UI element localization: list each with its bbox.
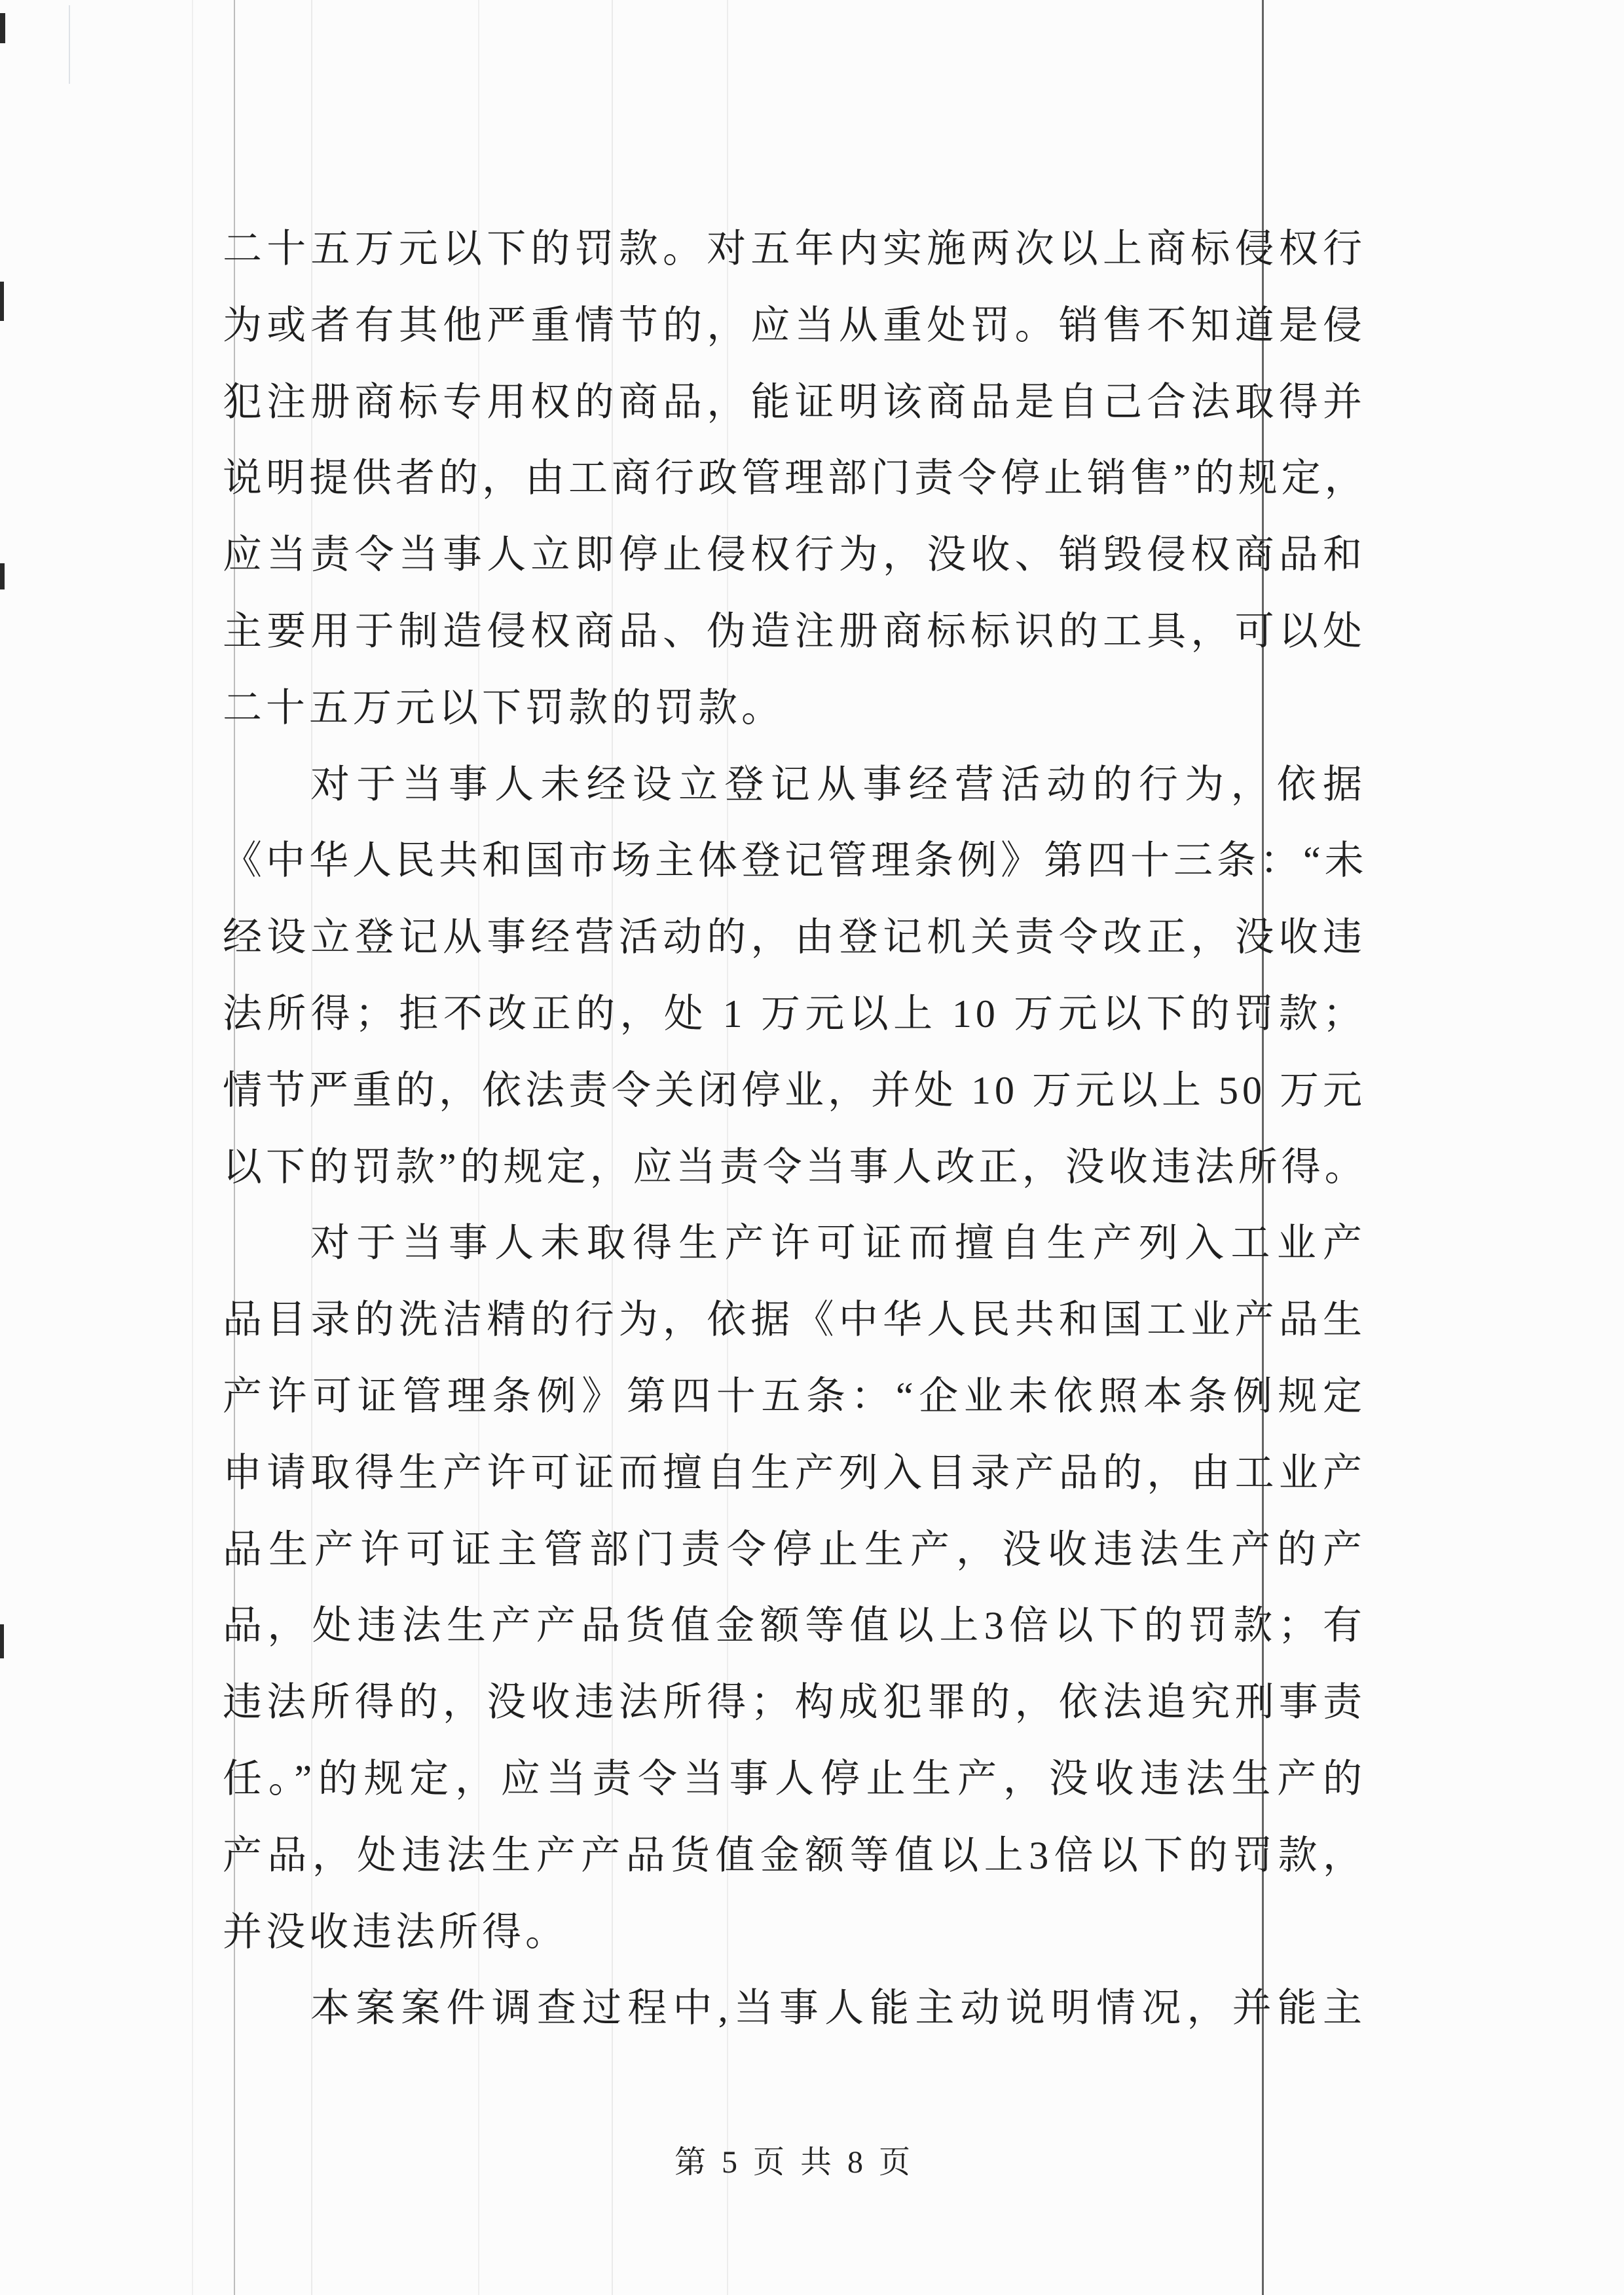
text-line: 《中华人民共和国市场主体登记管理条例》第四十三条：“未 (223, 823, 1366, 899)
text-line: 本案案件调查过程中,当事人能主动说明情况，并能主 (223, 1970, 1366, 2047)
page-number-footer: 第 5 页 共 8 页 (223, 2136, 1366, 2182)
text-line: 说明提供者的，由工商行政管理部门责令停止销售”的规定， (223, 440, 1366, 517)
text-line: 二十五万元以下的罚款。对五年内实施两次以上商标侵权行 (223, 211, 1366, 288)
document-text-body: 二十五万元以下的罚款。对五年内实施两次以上商标侵权行为或者有其他严重情节的，应当… (223, 211, 1366, 2047)
text-line: 经设立登记从事经营活动的，由登记机关责令改正，没收违 (223, 899, 1366, 976)
text-line: 申请取得生产许可证而擅自生产列入目录产品的，由工业产 (223, 1435, 1366, 1512)
text-line: 法所得；拒不改正的，处 1 万元以上 10 万元以下的罚款； (223, 976, 1366, 1053)
text-line: 产品，处违法生产产品货值金额等值以上3倍以下的罚款， (223, 1818, 1366, 1894)
text-line: 应当责令当事人立即停止侵权行为，没收、销毁侵权商品和 (223, 517, 1366, 593)
text-line: 产许可证管理条例》第四十五条：“企业未依照本条例规定 (223, 1358, 1366, 1435)
text-line: 品，处违法生产产品货值金额等值以上3倍以下的罚款；有 (223, 1588, 1366, 1664)
text-line: 情节严重的，依法责令关闭停业，并处 10 万元以上 50 万元 (223, 1053, 1366, 1129)
scan-streak-line (192, 0, 193, 2295)
scan-edge-speck (0, 13, 5, 43)
text-line: 为或者有其他严重情节的，应当从重处罚。销售不知道是侵 (223, 288, 1366, 364)
scan-edge-speck (0, 563, 5, 589)
text-line: 违法所得的，没收违法所得；构成犯罪的，依法追究刑事责 (223, 1664, 1366, 1741)
scanned-document-page: 二十五万元以下的罚款。对五年内实施两次以上商标侵权行为或者有其他严重情节的，应当… (0, 0, 1624, 2295)
text-line: 品生产许可证主管部门责令停止生产，没收违法生产的产 (223, 1512, 1366, 1588)
text-line: 以下的罚款”的规定，应当责令当事人改正，没收违法所得。 (223, 1129, 1366, 1206)
text-line: 二十五万元以下罚款的罚款。 (223, 670, 1366, 747)
text-line: 任。”的规定，应当责令当事人停止生产，没收违法生产的 (223, 1741, 1366, 1818)
text-line: 对于当事人未经设立登记从事经营活动的行为，依据 (223, 747, 1366, 823)
text-line: 主要用于制造侵权商品、伪造注册商标标识的工具，可以处 (223, 593, 1366, 670)
scan-edge-speck (0, 282, 4, 321)
text-line: 并没收违法所得。 (223, 1894, 1366, 1971)
scan-streak-line (69, 5, 70, 84)
text-line: 对于当事人未取得生产许可证而擅自生产列入工业产 (223, 1205, 1366, 1282)
text-line: 犯注册商标专用权的商品，能证明该商品是自己合法取得并 (223, 364, 1366, 441)
scan-edge-speck (0, 1624, 4, 1658)
text-line: 品目录的洗洁精的行为，依据《中华人民共和国工业产品生 (223, 1282, 1366, 1358)
